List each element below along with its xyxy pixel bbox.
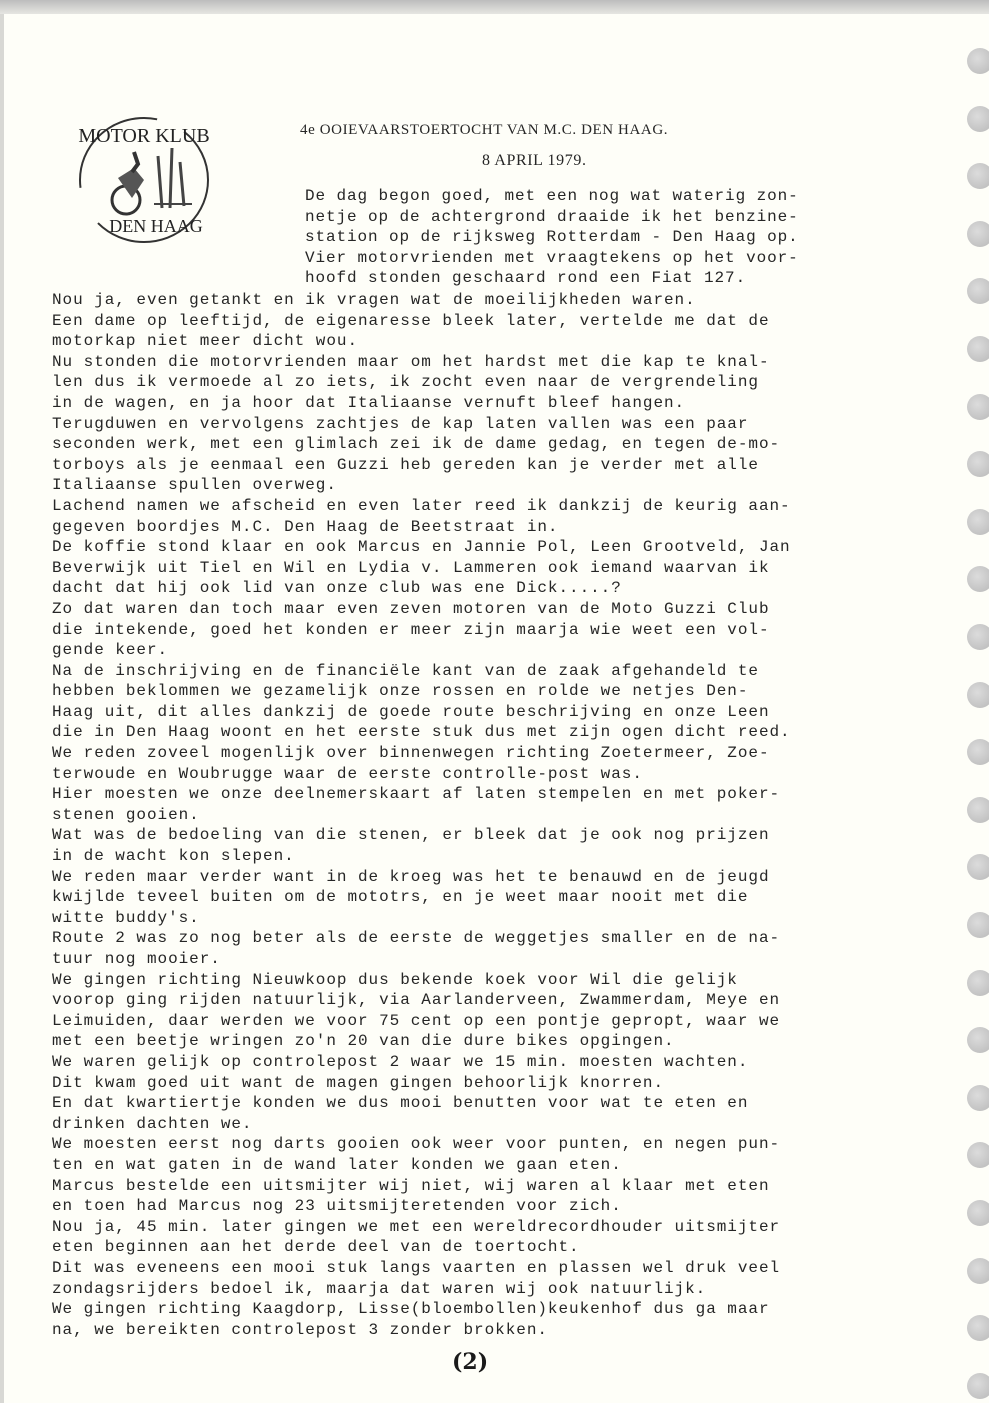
text-line: Zo dat waren dan toch maar even zeven mo…: [52, 599, 932, 620]
binder-hole-icon: [967, 1373, 989, 1399]
binder-holes: [959, 0, 989, 1403]
text-line: De dag begon goed, met een nog wat water…: [305, 186, 925, 207]
text-line: gegeven boordjes M.C. Den Haag de Beetst…: [52, 517, 932, 538]
text-line: eten beginnen aan het derde deel van de …: [52, 1237, 932, 1258]
text-line: En dat kwartiertje konden we dus mooi be…: [52, 1093, 932, 1114]
binder-hole-icon: [967, 854, 989, 880]
text-line: seconden werk, met een glimlach zei ik d…: [52, 434, 932, 455]
binder-hole-icon: [967, 221, 989, 247]
text-line: motorkap niet meer dicht wou.: [52, 331, 932, 352]
text-line: Een dame op leeftijd, de eigenaresse ble…: [52, 311, 932, 332]
text-line: Terugduwen en vervolgens zachtjes de kap…: [52, 414, 932, 435]
text-line: De koffie stond klaar en ook Marcus en J…: [52, 537, 932, 558]
text-line: Nou ja, even getankt en ik vragen wat de…: [52, 290, 932, 311]
binder-hole-icon: [967, 970, 989, 996]
binder-hole-icon: [967, 394, 989, 420]
binder-hole-icon: [967, 163, 989, 189]
text-line: voorop ging rijden natuurlijk, via Aarla…: [52, 990, 932, 1011]
text-line: met een beetje wringen zo'n 20 van die d…: [52, 1031, 932, 1052]
text-line: Na de inschrijving en de financiële kant…: [52, 661, 932, 682]
binder-hole-icon: [967, 1027, 989, 1053]
binder-hole-icon: [967, 451, 989, 477]
binder-hole-icon: [967, 1200, 989, 1226]
text-line: die in Den Haag woont en het eerste stuk…: [52, 722, 932, 743]
text-line: Nou ja, 45 min. later gingen we met een …: [52, 1217, 932, 1238]
text-line: witte buddy's.: [52, 908, 932, 929]
motor-klub-logo-icon: MOTOR KLUB DEN HAAG: [74, 108, 214, 248]
binder-hole-icon: [967, 48, 989, 74]
text-line: in de wagen, en ja hoor dat Italiaanse v…: [52, 393, 932, 414]
text-line: Vier motorvrienden met vraagtekens op he…: [305, 248, 925, 269]
text-line: Italiaanse spullen overweg.: [52, 475, 932, 496]
text-line: stenen gooien.: [52, 805, 932, 826]
text-line: Route 2 was zo nog beter als de eerste d…: [52, 928, 932, 949]
text-line: We reden zoveel mogenlijk over binnenweg…: [52, 743, 932, 764]
binder-hole-icon: [967, 797, 989, 823]
text-line: die intekende, goed het konden er meer z…: [52, 620, 932, 641]
binder-hole-icon: [967, 106, 989, 132]
text-line: tuur nog mooier.: [52, 949, 932, 970]
text-line: len dus ik vermoede al zo iets, ik zocht…: [52, 372, 932, 393]
text-line: We gingen richting Kaagdorp, Lisse(bloem…: [52, 1299, 932, 1320]
body-text: Nou ja, even getankt en ik vragen wat de…: [52, 290, 932, 1340]
binder-hole-icon: [967, 1142, 989, 1168]
binder-hole-icon: [967, 566, 989, 592]
binder-hole-icon: [967, 1258, 989, 1284]
text-line: Nu stonden die motorvrienden maar om het…: [52, 352, 932, 373]
binder-hole-icon: [967, 336, 989, 362]
text-line: netje op de achtergrond draaide ik het b…: [305, 207, 925, 228]
binder-hole-icon: [967, 624, 989, 650]
text-line: na, we bereikten controlepost 3 zonder b…: [52, 1320, 932, 1341]
text-line: We moesten eerst nog darts gooien ook we…: [52, 1134, 932, 1155]
binder-hole-icon: [967, 278, 989, 304]
binder-hole-icon: [967, 912, 989, 938]
text-line: torboys als je eenmaal een Guzzi heb ger…: [52, 455, 932, 476]
text-line: Beverwijk uit Tiel en Wil en Lydia v. La…: [52, 558, 932, 579]
text-line: We waren gelijk op controlepost 2 waar w…: [52, 1052, 932, 1073]
text-line: Hier moesten we onze deelnemerskaart af …: [52, 784, 932, 805]
text-line: We reden maar verder want in de kroeg wa…: [52, 867, 932, 888]
text-line: en toen had Marcus nog 23 uitsmijtereten…: [52, 1196, 932, 1217]
binder-hole-icon: [967, 1085, 989, 1111]
page-number: (2): [452, 1349, 488, 1375]
text-line: Haag uit, dit alles dankzij de goede rou…: [52, 702, 932, 723]
text-line: station op de rijksweg Rotterdam - Den H…: [305, 227, 925, 248]
text-line: dacht dat hij ook lid van onze club was …: [52, 578, 932, 599]
text-line: Dit was eveneens een mooi stuk langs vaa…: [52, 1258, 932, 1279]
text-line: We gingen richting Nieuwkoop dus bekende…: [52, 970, 932, 991]
text-line: Dit kwam goed uit want de magen gingen b…: [52, 1073, 932, 1094]
text-line: hoofd stonden geschaard rond een Fiat 12…: [305, 268, 925, 289]
text-line: terwoude en Woubrugge waar de eerste con…: [52, 764, 932, 785]
document-title: 4e OOIEVAARSTOERTOCHT VAN M.C. DEN HAAG.: [300, 122, 668, 139]
text-line: gende keer.: [52, 640, 932, 661]
text-line: zondagsrijders bedoel ik, maarja dat war…: [52, 1279, 932, 1300]
text-line: Lachend namen we afscheid en even later …: [52, 496, 932, 517]
text-line: in de wacht kon slepen.: [52, 846, 932, 867]
document-date: 8 APRIL 1979.: [482, 152, 587, 170]
svg-text:DEN HAAG: DEN HAAG: [109, 216, 203, 236]
text-line: Marcus bestelde een uitsmijter wij niet,…: [52, 1176, 932, 1197]
text-line: kwijlde teveel buiten om de mototrs, en …: [52, 887, 932, 908]
text-line: Wat was de bedoeling van die stenen, er …: [52, 825, 932, 846]
scan-top-shadow: [0, 0, 989, 14]
binder-hole-icon: [967, 682, 989, 708]
binder-hole-icon: [967, 739, 989, 765]
text-line: hebben beklommen we gezamelijk onze ross…: [52, 681, 932, 702]
text-line: drinken dachten we.: [52, 1114, 932, 1135]
intro-paragraph: De dag begon goed, met een nog wat water…: [305, 186, 925, 289]
binder-hole-icon: [967, 509, 989, 535]
binder-hole-icon: [967, 1315, 989, 1341]
text-line: Leimuiden, daar werden we voor 75 cent o…: [52, 1011, 932, 1032]
text-line: ten en wat gaten in de wand later konden…: [52, 1155, 932, 1176]
svg-text:MOTOR KLUB: MOTOR KLUB: [78, 125, 209, 147]
